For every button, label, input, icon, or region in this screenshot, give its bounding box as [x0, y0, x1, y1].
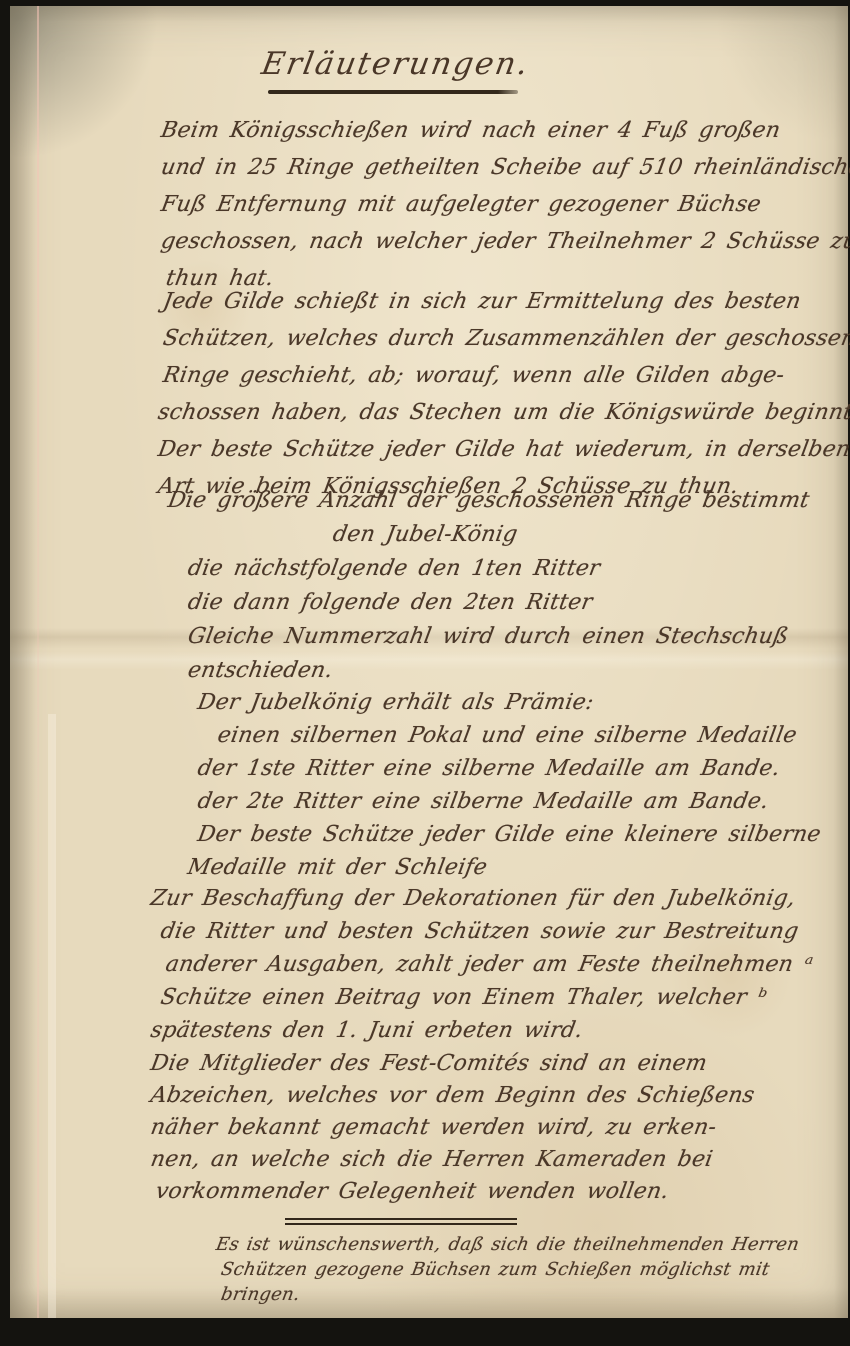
manuscript-page: Erläuterungen. Beim Königsschießen wird … — [10, 6, 848, 1318]
text-line: Schütze einen Beitrag von Einem Thaler, … — [148, 981, 816, 1014]
text-line: die Ritter und besten Schützen sowie zur… — [148, 915, 816, 948]
text-line: den Jubel-König — [150, 518, 812, 552]
text-line: Ringe geschieht, ab; worauf, wenn alle G… — [150, 357, 850, 394]
text-line: Der beste Schütze jeder Gilde eine klein… — [150, 818, 824, 851]
text-line: und in 25 Ringe getheilten Scheibe auf 5… — [158, 149, 850, 186]
text-line: vorkommender Gelegenheit wenden wollen. — [148, 1176, 757, 1208]
text-line: Medaille mit der Schleife — [150, 851, 824, 884]
text-line: nen, an welche sich die Herren Kameraden… — [148, 1144, 757, 1176]
text-line: bringen. — [214, 1282, 801, 1307]
text-line: einen silbernen Pokal und eine silberne … — [150, 719, 824, 752]
text-line: Fuß Entfernung mit aufgelegter gezogener… — [158, 186, 850, 223]
text-line: Beim Königsschießen wird nach einer 4 Fu… — [158, 112, 850, 149]
paragraph-ranking: Die größere Anzahl der geschossenen Ring… — [150, 484, 806, 688]
footnote: Es ist wünschenswerth, daß sich die thei… — [214, 1232, 797, 1307]
paragraph-prizes: Der Jubelkönig erhält als Prämie: einen … — [150, 686, 818, 884]
text-line: Zur Beschaffung der Dekorationen für den… — [148, 882, 816, 915]
text-line: Die größere Anzahl der geschossenen Ring… — [150, 484, 812, 518]
paragraph-shooting-rules: Beim Königsschießen wird nach einer 4 Fu… — [158, 112, 850, 297]
title-underline — [268, 90, 518, 94]
text-line: Schützen gezogene Büchsen zum Schießen m… — [214, 1257, 801, 1282]
text-line: der 1ste Ritter eine silberne Medaille a… — [150, 752, 824, 785]
page-title: Erläuterungen. — [259, 46, 533, 82]
text-line: Die Mitglieder des Fest-Comités sind an … — [148, 1048, 757, 1080]
paragraph-contribution: Zur Beschaffung der Dekorationen für den… — [148, 882, 810, 1047]
text-line: Der beste Schütze jeder Gilde hat wieder… — [150, 431, 850, 468]
text-line: die nächstfolgende den 1ten Ritter — [150, 552, 812, 586]
text-line: die dann folgende den 2ten Ritter — [150, 586, 812, 620]
scan-background: Erläuterungen. Beim Königsschießen wird … — [0, 0, 850, 1346]
paragraph-comite-badge: Die Mitglieder des Fest-Comités sind an … — [148, 1048, 751, 1208]
text-line: Abzeichen, welches vor dem Beginn des Sc… — [148, 1080, 757, 1112]
text-line: spätestens den 1. Juni erbeten wird. — [148, 1014, 816, 1047]
text-line: Es ist wünschenswerth, daß sich die thei… — [214, 1232, 801, 1257]
text-line: entschieden. — [150, 654, 812, 688]
text-line: Schützen, welches durch Zusammenzählen d… — [150, 320, 850, 357]
text-line: Jede Gilde schießt in sich zur Ermittelu… — [150, 283, 850, 320]
text-line: anderer Ausgaben, zahlt jeder am Feste t… — [148, 948, 816, 981]
text-line: schossen haben, das Stechen um die König… — [150, 394, 850, 431]
footnote-divider-rule — [285, 1218, 517, 1225]
text-line: Der Jubelkönig erhält als Prämie: — [150, 686, 824, 719]
text-line: der 2te Ritter eine silberne Medaille am… — [150, 785, 824, 818]
paragraph-gilden-stechen: Jede Gilde schießt in sich zur Ermittelu… — [150, 283, 850, 505]
text-line: geschossen, nach welcher jeder Theilnehm… — [158, 223, 850, 260]
text-line: Gleiche Nummerzahl wird durch einen Stec… — [150, 620, 812, 654]
text-line: näher bekannt gemacht werden wird, zu er… — [148, 1112, 757, 1144]
